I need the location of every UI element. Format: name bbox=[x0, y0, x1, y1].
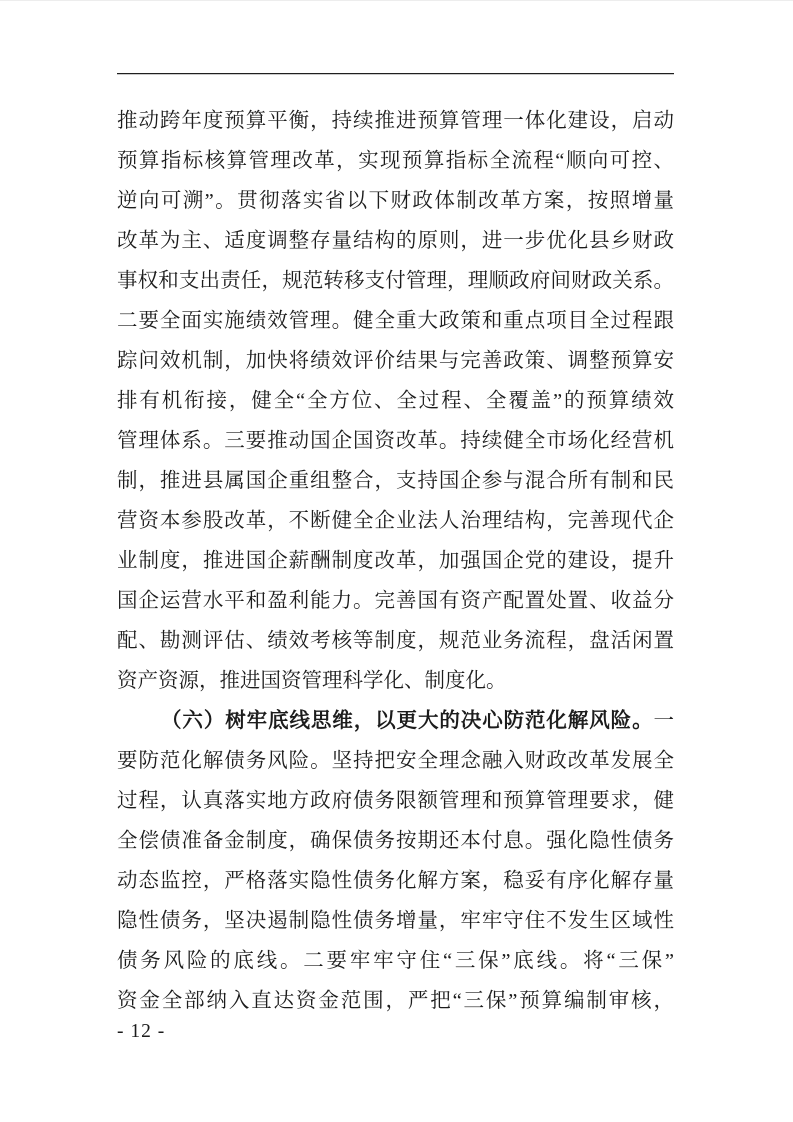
section-heading-line: （六）树牢底线思维，以更大的决心防范化解风险。一 bbox=[117, 701, 674, 741]
text-line: 排有机衔接，健全“全方位、全过程、全覆盖”的预算绩效 bbox=[117, 381, 674, 421]
text-line: 营资本参股改革，不断健全企业法人治理结构，完善现代企 bbox=[117, 501, 674, 541]
text-line: 国企运营水平和盈利能力。完善国有资产配置处置、收益分 bbox=[117, 581, 674, 621]
text-line: 资金全部纳入直达资金范围，严把“三保”预算编制审核， bbox=[117, 981, 674, 1021]
text-line: 改革为主、适度调整存量结构的原则，进一步优化县乡财政 bbox=[117, 221, 674, 261]
text-line: 业制度，推进国企薪酬制度改革，加强国企党的建设，提升 bbox=[117, 541, 674, 581]
document-body: 推动跨年度预算平衡，持续推进预算管理一体化建设，启动 预算指标核算管理改革，实现… bbox=[117, 101, 674, 1021]
text-line: 事权和支出责任，规范转移支付管理，理顺政府间财政关系。 bbox=[117, 261, 674, 301]
text-line: 隐性债务，坚决遏制隐性债务增量，牢牢守住不发生区域性 bbox=[117, 901, 674, 941]
text-line: 二要全面实施绩效管理。健全重大政策和重点项目全过程跟 bbox=[117, 301, 674, 341]
text-line: 动态监控，严格落实隐性债务化解方案，稳妥有序化解存量 bbox=[117, 861, 674, 901]
document-page: 推动跨年度预算平衡，持续推进预算管理一体化建设，启动 预算指标核算管理改革，实现… bbox=[0, 0, 793, 1122]
text-line: 债务风险的底线。二要牢牢守住“三保”底线。将“三保” bbox=[117, 941, 674, 981]
text-line: 制，推进县属国企重组整合，支持国企参与混合所有制和民 bbox=[117, 461, 674, 501]
text-line: 管理体系。三要推动国企国资改革。持续健全市场化经营机 bbox=[117, 421, 674, 461]
text-line: 要防范化解债务风险。坚持把安全理念融入财政改革发展全 bbox=[117, 741, 674, 781]
text-line: 预算指标核算管理改革，实现预算指标全流程“顺向可控、 bbox=[117, 141, 674, 181]
text-line: 踪问效机制，加快将绩效评价结果与完善政策、调整预算安 bbox=[117, 341, 674, 381]
page-number: - 12 - bbox=[117, 1020, 165, 1044]
header-rule bbox=[117, 73, 674, 75]
text-line: 配、勘测评估、绩效考核等制度，规范业务流程，盘活闲置 bbox=[117, 621, 674, 661]
text-line: 推动跨年度预算平衡，持续推进预算管理一体化建设，启动 bbox=[117, 101, 674, 141]
section-heading-continuation: 一 bbox=[654, 710, 675, 732]
text-line: 资产资源，推进国资管理科学化、制度化。 bbox=[117, 661, 674, 701]
text-line: 过程，认真落实地方政府债务限额管理和预算管理要求，健 bbox=[117, 781, 674, 821]
section-heading-bold: （六）树牢底线思维，以更大的决心防范化解风险。 bbox=[161, 710, 654, 732]
text-line: 全偿债准备金制度，确保债务按期还本付息。强化隐性债务 bbox=[117, 821, 674, 861]
text-line: 逆向可溯”。贯彻落实省以下财政体制改革方案，按照增量 bbox=[117, 181, 674, 221]
